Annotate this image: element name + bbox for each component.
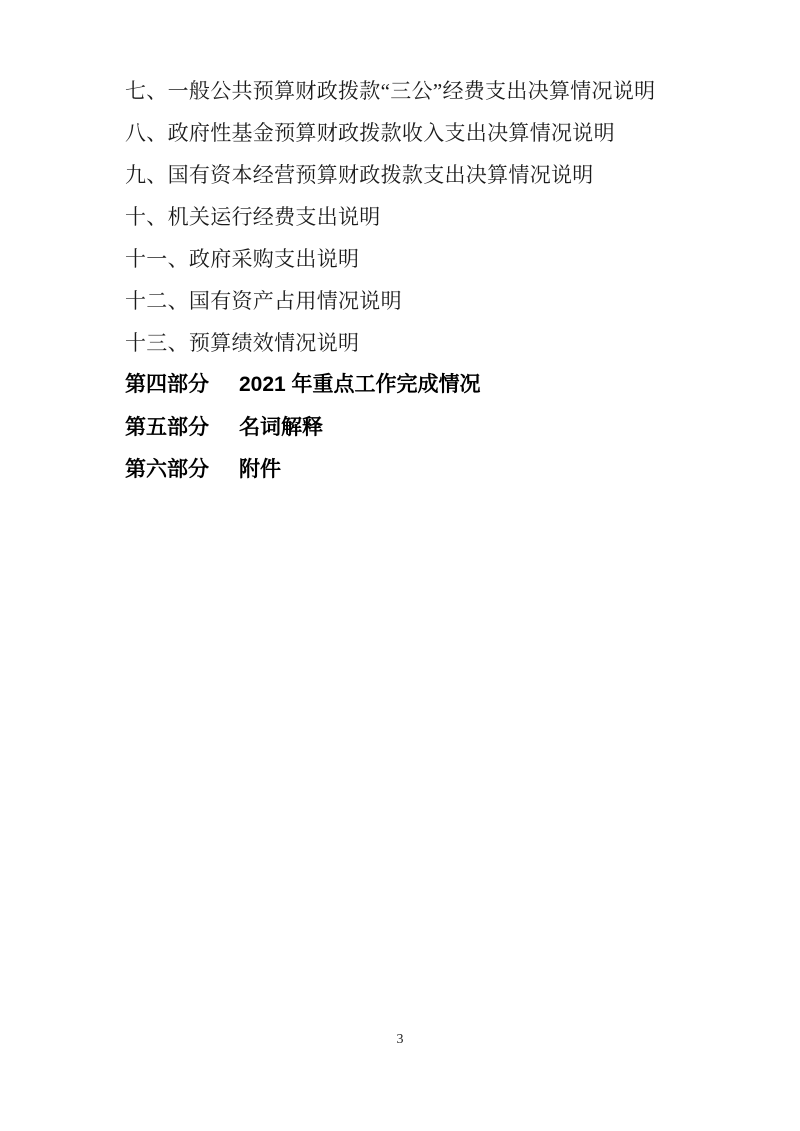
toc-item: 十、机关运行经费支出说明: [125, 196, 720, 238]
section-title: 名词解释: [239, 416, 323, 439]
section-title: 2021 年重点工作完成情况: [239, 373, 481, 396]
section-part-label: 第六部分: [125, 458, 209, 481]
section-part-label: 第五部分: [125, 416, 209, 439]
section-title: 附件: [239, 458, 281, 481]
toc-item: 八、政府性基金预算财政拨款收入支出决算情况说明: [125, 112, 720, 154]
table-of-contents: 七、一般公共预算财政拨款“三公”经费支出决算情况说明 八、政府性基金预算财政拨款…: [125, 70, 720, 492]
toc-item: 十三、预算绩效情况说明: [125, 322, 720, 364]
toc-item: 七、一般公共预算财政拨款“三公”经费支出决算情况说明: [125, 70, 720, 112]
page-number: 3: [0, 1030, 800, 1050]
section-part-label: 第四部分: [125, 373, 209, 396]
toc-item: 九、国有资本经营预算财政拨款支出决算情况说明: [125, 154, 720, 196]
toc-section: 第六部分附件: [125, 449, 720, 492]
toc-item: 十二、国有资产占用情况说明: [125, 280, 720, 322]
toc-section: 第四部分2021 年重点工作完成情况: [125, 364, 720, 407]
toc-item: 十一、政府采购支出说明: [125, 238, 720, 280]
toc-section: 第五部分名词解释: [125, 407, 720, 450]
document-page: 七、一般公共预算财政拨款“三公”经费支出决算情况说明 八、政府性基金预算财政拨款…: [0, 0, 800, 1131]
